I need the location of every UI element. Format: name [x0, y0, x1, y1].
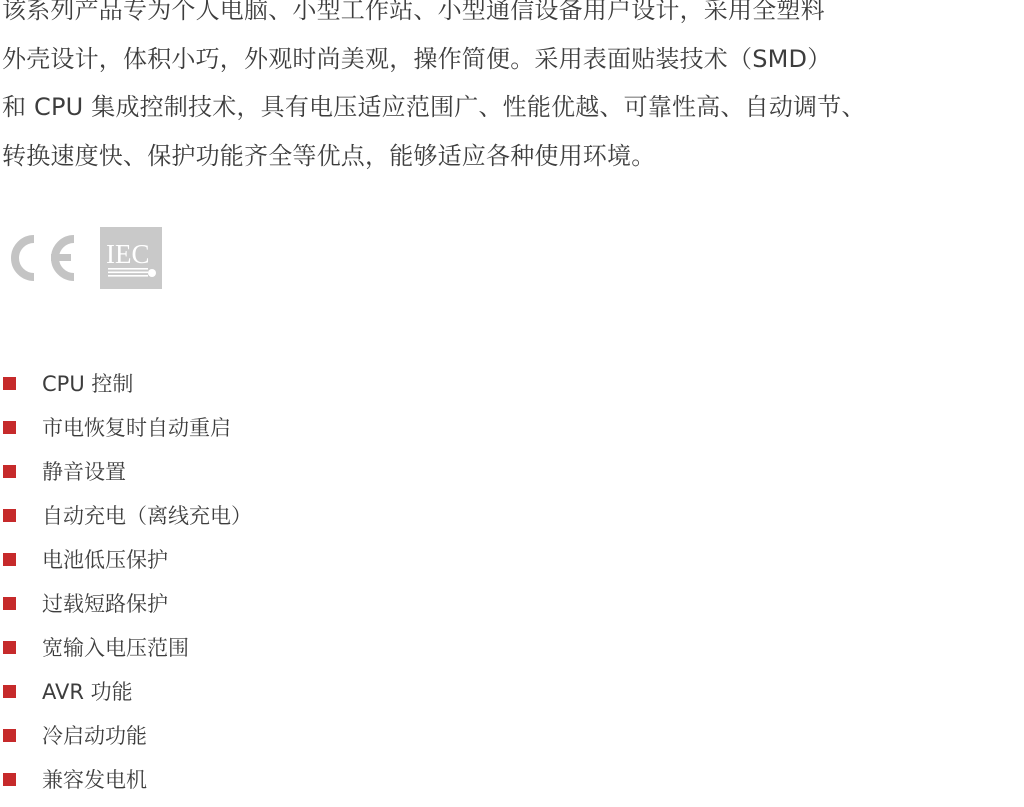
- feature-label: 宽输入电压范围: [42, 632, 189, 662]
- feature-item: 市电恢复时自动重启: [0, 405, 252, 449]
- ce-mark-icon: [0, 226, 80, 290]
- description-line: 转换速度快、保护功能齐全等优点，能够适应各种使用环境。: [2, 132, 1022, 181]
- feature-list: CPU 控制 市电恢复时自动重启 静音设置 自动充电（离线充电） 电池低压保护 …: [0, 361, 252, 801]
- feature-label: 市电恢复时自动重启: [42, 412, 231, 442]
- bullet-square-icon: [3, 509, 16, 522]
- feature-item: 自动充电（离线充电）: [0, 493, 252, 537]
- description-line: 和 CPU 集成控制技术，具有电压适应范围广、性能优越、可靠性高、自动调节、: [2, 83, 1022, 132]
- bullet-square-icon: [3, 773, 16, 786]
- iec-logo-icon: IEC: [100, 227, 162, 289]
- feature-item: CPU 控制: [0, 361, 252, 405]
- bullet-square-icon: [3, 553, 16, 566]
- bullet-square-icon: [3, 377, 16, 390]
- certification-logos: IEC: [0, 226, 162, 290]
- description-line: 外壳设计，体积小巧，外观时尚美观，操作简便。采用表面贴装技术（SMD）: [2, 35, 1022, 84]
- bullet-square-icon: [3, 597, 16, 610]
- feature-item: 冷启动功能: [0, 713, 252, 757]
- feature-item: AVR 功能: [0, 669, 252, 713]
- feature-item: 电池低压保护: [0, 537, 252, 581]
- feature-item: 兼容发电机: [0, 757, 252, 801]
- product-description: 该系列产品专为个人电脑、小型工作站、小型通信设备用户设计，采用全塑料 外壳设计，…: [2, 0, 1022, 180]
- feature-label: 自动充电（离线充电）: [42, 500, 252, 530]
- feature-label: 兼容发电机: [42, 764, 147, 794]
- bullet-square-icon: [3, 641, 16, 654]
- bullet-square-icon: [3, 465, 16, 478]
- feature-item: 过载短路保护: [0, 581, 252, 625]
- feature-item: 宽输入电压范围: [0, 625, 252, 669]
- svg-text:IEC: IEC: [106, 239, 150, 269]
- feature-label: 过载短路保护: [42, 588, 168, 618]
- feature-item: 静音设置: [0, 449, 252, 493]
- feature-label: AVR 功能: [42, 676, 133, 706]
- feature-label: CPU 控制: [42, 368, 133, 398]
- bullet-square-icon: [3, 729, 16, 742]
- description-line: 该系列产品专为个人电脑、小型工作站、小型通信设备用户设计，采用全塑料: [2, 0, 1022, 35]
- feature-label: 静音设置: [42, 456, 126, 486]
- bullet-square-icon: [3, 421, 16, 434]
- feature-label: 电池低压保护: [42, 544, 168, 574]
- bullet-square-icon: [3, 685, 16, 698]
- feature-label: 冷启动功能: [42, 720, 147, 750]
